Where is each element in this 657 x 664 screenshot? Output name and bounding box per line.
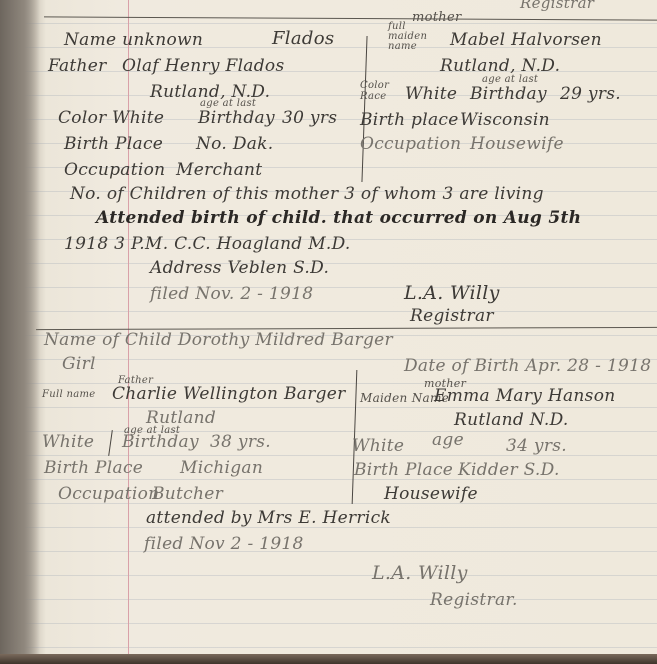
registrar-title: Registrar (410, 306, 494, 326)
top-registrar-fragment: Registrar (520, 0, 594, 12)
filed-line: filed Nov 2 - 1918 (144, 534, 304, 554)
mother-age-label: age (432, 430, 464, 450)
mother-name: Emma Mary Hanson (434, 386, 615, 406)
mother-occupation-label: Occupation (360, 134, 461, 154)
father-occupation: Merchant (176, 160, 262, 180)
father-name: Charlie Wellington Barger (112, 384, 346, 404)
attended-line: attended by Mrs E. Herrick (146, 508, 391, 528)
father-color-label: Color (58, 108, 107, 128)
mother-birthday-label: Birthday (470, 84, 547, 104)
father-birthplace: Michigan (180, 458, 263, 478)
column-divider (361, 36, 367, 182)
child-surname: Flados (272, 28, 334, 49)
registrar-title: Registrar. (430, 590, 518, 610)
father-age: 38 yrs. (210, 432, 271, 452)
father-color: White (112, 108, 164, 128)
ledger-page: Registrar Name unknown Flados Father Ola… (0, 0, 657, 654)
mother-occupation: Housewife (470, 134, 564, 154)
mother-birthplace-label: Birth Place (354, 460, 453, 480)
father-birthplace-label: Birth Place (64, 134, 163, 154)
father-name: Olaf Henry Flados (122, 56, 284, 76)
father-birthday-label: Birthday (122, 432, 199, 452)
father-label-side: Full name (42, 389, 95, 400)
address-line: Address Veblen S.D. (150, 258, 329, 278)
mother-residence: Rutland, N.D. (440, 56, 560, 76)
filed-line: filed Nov. 2 - 1918 (150, 284, 313, 304)
father-field-tick (108, 430, 113, 456)
mother-occupation: Housewife (384, 484, 478, 504)
mother-color: White (352, 436, 404, 456)
page-bottom-edge (0, 654, 657, 664)
mother-birthplace: Kidder S.D. (458, 460, 560, 480)
book-spine-shadow (0, 0, 40, 664)
mother-age: 34 yrs. (506, 436, 567, 456)
children-count-line: No. of Children of this mother 3 of whom… (70, 184, 544, 204)
registrar-signature: L.A. Willy (404, 282, 500, 304)
section-divider-top (44, 16, 657, 20)
time-physician-line: 1918 3 P.M. C.C. Hoagland M.D. (64, 234, 351, 254)
mother-birthplace: Wisconsin (460, 110, 550, 130)
father-label: Father (48, 56, 107, 76)
margin-rule (128, 0, 129, 654)
child-name-line: Name of Child Dorothy Mildred Barger (44, 330, 393, 350)
father-color: White (42, 432, 94, 452)
mother-residence: Rutland N.D. (454, 410, 569, 430)
father-occupation-label: Occupation (64, 160, 165, 180)
father-occupation: Butcher (152, 484, 223, 504)
father-birthplace: No. Dak. (196, 134, 274, 154)
mother-color-label: Color Race (360, 80, 390, 102)
mother-color: White (405, 84, 457, 104)
mother-name: Mabel Halvorsen (450, 30, 602, 50)
mother-label-side: full maiden name (388, 22, 422, 52)
child-name: Name unknown (64, 30, 203, 50)
father-birthday-label: Birthday (198, 108, 275, 128)
attended-line: Attended birth of child. that occurred o… (96, 208, 581, 228)
father-occupation-label: Occupation (58, 484, 159, 504)
mother-birthplace-label: Birth place (360, 110, 459, 130)
father-age: 30 yrs (282, 108, 337, 128)
registrar-signature: L.A. Willy (372, 562, 468, 584)
father-birthplace-label: Birth Place (44, 458, 143, 478)
mother-age: 29 yrs. (560, 84, 621, 104)
child-sex: Girl (62, 354, 96, 374)
date-of-birth-line: Date of Birth Apr. 28 - 1918 (404, 356, 651, 376)
